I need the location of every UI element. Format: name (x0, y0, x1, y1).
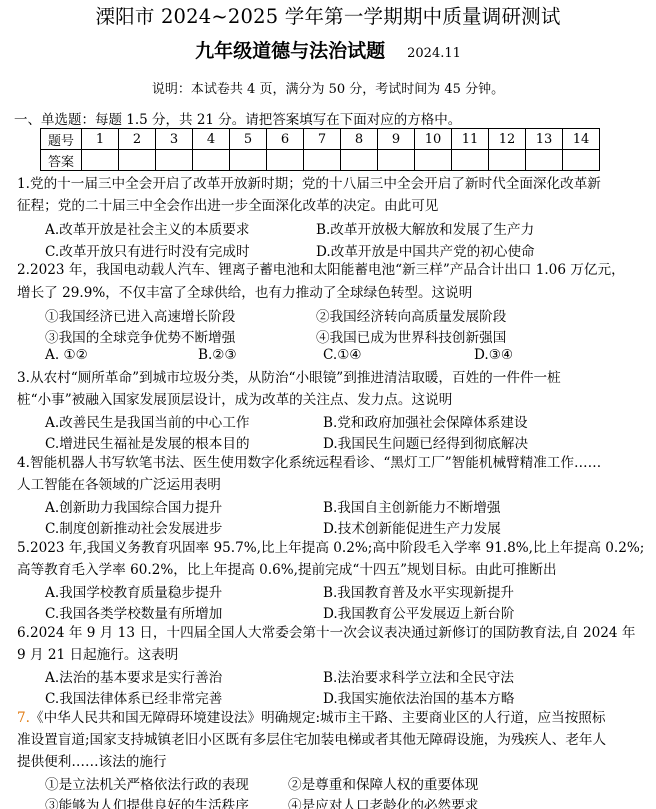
option-b: B.党和政府加强社会保障体系建设 (323, 411, 528, 431)
option-a: A.法治的基本要求是实行善治 (45, 666, 222, 686)
statement-4: ④我国已成为世界科技创新强国 (316, 326, 506, 346)
option-b: B.我国教育普及水平实现新提升 (323, 581, 514, 601)
answer-cell[interactable] (526, 150, 563, 171)
question-stem-line: 3.从农村“厕所革命”到城市垃圾分类，从防治“小眼镜”到推进清洁取暖，百姓的一件… (17, 368, 561, 389)
option-a: A. ①② (45, 347, 88, 363)
answer-cell[interactable] (230, 150, 267, 171)
question-stem-line: 4.智能机器人书写软笔书法、医生使用数字化系统远程看诊、“黑灯工厂”智能机械臂精… (17, 453, 601, 474)
answer-table: 题号 1 2 3 4 5 6 7 8 9 10 11 12 13 14 答案 (40, 128, 600, 171)
subject-title: 九年级道德与法治试题 (195, 40, 385, 62)
row-label-number: 题号 (41, 129, 82, 150)
question-stem-line: 征程；党的二十届三中全会作出进一步全面深化改革的决定。由此可见 (17, 196, 438, 217)
question-stem-line: 6.2024 年 9 月 13 日，十四届全国人大常委会第十一次会议表决通过新修… (17, 623, 635, 644)
answer-table-number-row: 题号 1 2 3 4 5 6 7 8 9 10 11 12 13 14 (41, 129, 600, 150)
question-stem-line: 提供便利……该法的施行 (17, 752, 167, 773)
option-d: D.我国教育公平发展迈上新台阶 (323, 602, 514, 622)
question-stem-line: 准设置盲道;国家支持城镇老旧小区既有多层住宅加装电梯或者其他无障碍设施，为残疾人… (17, 730, 606, 751)
option-c: C.增进民生福祉是发展的根本目的 (45, 432, 250, 452)
number-cell: 12 (489, 129, 526, 150)
number-cell: 8 (341, 129, 378, 150)
answer-cell[interactable] (341, 150, 378, 171)
number-cell: 5 (230, 129, 267, 150)
answer-cell[interactable] (193, 150, 230, 171)
number-cell: 11 (452, 129, 489, 150)
option-a: A.改善民生是我国当前的中心工作 (45, 411, 249, 431)
number-cell: 7 (304, 129, 341, 150)
option-b: B.改革开放极大解放和发展了生产力 (316, 218, 534, 238)
answer-cell[interactable] (452, 150, 489, 171)
option-c: C.我国各类学校数量有所增加 (45, 602, 222, 622)
question-stem-line: 2.2023 年，我国电动载人汽车、锂离子蓄电池和太阳能蓄电池“新三样”产品合计… (17, 260, 625, 281)
answer-table-answer-row: 答案 (41, 150, 600, 171)
question-stem-line: 桩“小事”被融入国家发展顶层设计，成为改革的关注点、发力点。这说明 (17, 390, 452, 411)
option-a: A.改革开放是社会主义的本质要求 (45, 218, 249, 238)
question-stem-line: 7.《中华人民共和国无障碍环境建设法》明确规定:城市主干路、主要商业区的人行道，… (17, 708, 606, 729)
answer-cell[interactable] (415, 150, 452, 171)
number-cell: 4 (193, 129, 230, 150)
option-d: D.我国民生问题已经得到彻底解决 (323, 432, 528, 452)
section-heading: 一、单选题：每题 1.5 分，共 21 分。请把答案填写在下面对应的方格中。 (14, 108, 461, 128)
question-stem-line: 1.党的十一届三中全会开启了改革开放新时期；党的十八届三中全会开启了新时代全面深… (17, 174, 601, 195)
question-stem-line: 9 月 21 日起施行。这表明 (17, 645, 178, 666)
number-cell: 2 (119, 129, 156, 150)
question-stem-line: 人工智能在各领域的广泛运用表明 (17, 475, 221, 496)
answer-cell[interactable] (82, 150, 119, 171)
question-stem-line: 增长了 29.9%，不仅丰富了全球供给，也有力推动了全球绿色转型。这说明 (17, 283, 472, 304)
exam-subtitle: 九年级道德与法治试题2024.11 (0, 36, 656, 63)
answer-cell[interactable] (267, 150, 304, 171)
number-cell: 3 (156, 129, 193, 150)
option-d: D.我国实施依法治国的基本方略 (323, 687, 514, 707)
statement-3: ③能够为人们提供良好的生活秩序 (45, 794, 249, 809)
number-cell: 6 (267, 129, 304, 150)
answer-cell[interactable] (378, 150, 415, 171)
answer-cell[interactable] (119, 150, 156, 171)
option-c: C.①④ (323, 347, 362, 363)
exam-instructions: 说明：本试卷共 4 页，满分为 50 分，考试时间为 45 分钟。 (0, 78, 656, 97)
option-b: B.法治要求科学立法和全民守法 (323, 666, 514, 686)
option-d: D.③④ (474, 347, 513, 363)
row-label-answer: 答案 (41, 150, 82, 171)
option-a: A.我国学校教育质量稳步提升 (45, 581, 222, 601)
statement-3: ③我国的全球竞争优势不断增强 (45, 326, 235, 346)
exam-title: 溧阳市 2024~2025 学年第一学期期中质量调研测试 (0, 1, 656, 29)
question-number: 7. (17, 710, 30, 726)
question-stem-line: 5.2023 年,我国义务教育巩固率 95.7%,比上年提高 0.2%;高中阶段… (17, 538, 644, 559)
number-cell: 14 (563, 129, 600, 150)
option-a: A.创新助力我国综合国力提升 (45, 496, 222, 516)
answer-cell[interactable] (156, 150, 193, 171)
statement-1: ①我国经济已进入高速增长阶段 (45, 305, 235, 325)
option-c: C.制度创新推动社会发展进步 (45, 517, 222, 537)
statement-4: ④是应对人口老龄化的必然要求 (288, 794, 478, 809)
option-c: C.改革开放只有进行时没有完成时 (45, 240, 250, 260)
number-cell: 10 (415, 129, 452, 150)
option-c: C.我国法律体系已经非常完善 (45, 687, 222, 707)
statement-2: ②我国经济转向高质量发展阶段 (316, 305, 506, 325)
answer-cell[interactable] (563, 150, 600, 171)
option-b: B.我国自主创新能力不断增强 (323, 496, 500, 516)
number-cell: 1 (82, 129, 119, 150)
answer-cell[interactable] (304, 150, 341, 171)
number-cell: 9 (378, 129, 415, 150)
question-stem-line: 高等教育毛入学率 60.2%，比上年提高 0.6%,提前完成“十四五”规划目标。… (17, 560, 557, 581)
number-cell: 13 (526, 129, 563, 150)
option-b: B.②③ (198, 347, 237, 363)
answer-cell[interactable] (489, 150, 526, 171)
statement-1: ①是立法机关严格依法行政的表现 (45, 773, 249, 793)
option-d: D.改革开放是中国共产党的初心使命 (316, 240, 535, 260)
option-d: D.技术创新能促进生产力发展 (323, 517, 501, 537)
exam-date: 2024.11 (407, 46, 461, 61)
statement-2: ②是尊重和保障人权的重要体现 (288, 773, 478, 793)
